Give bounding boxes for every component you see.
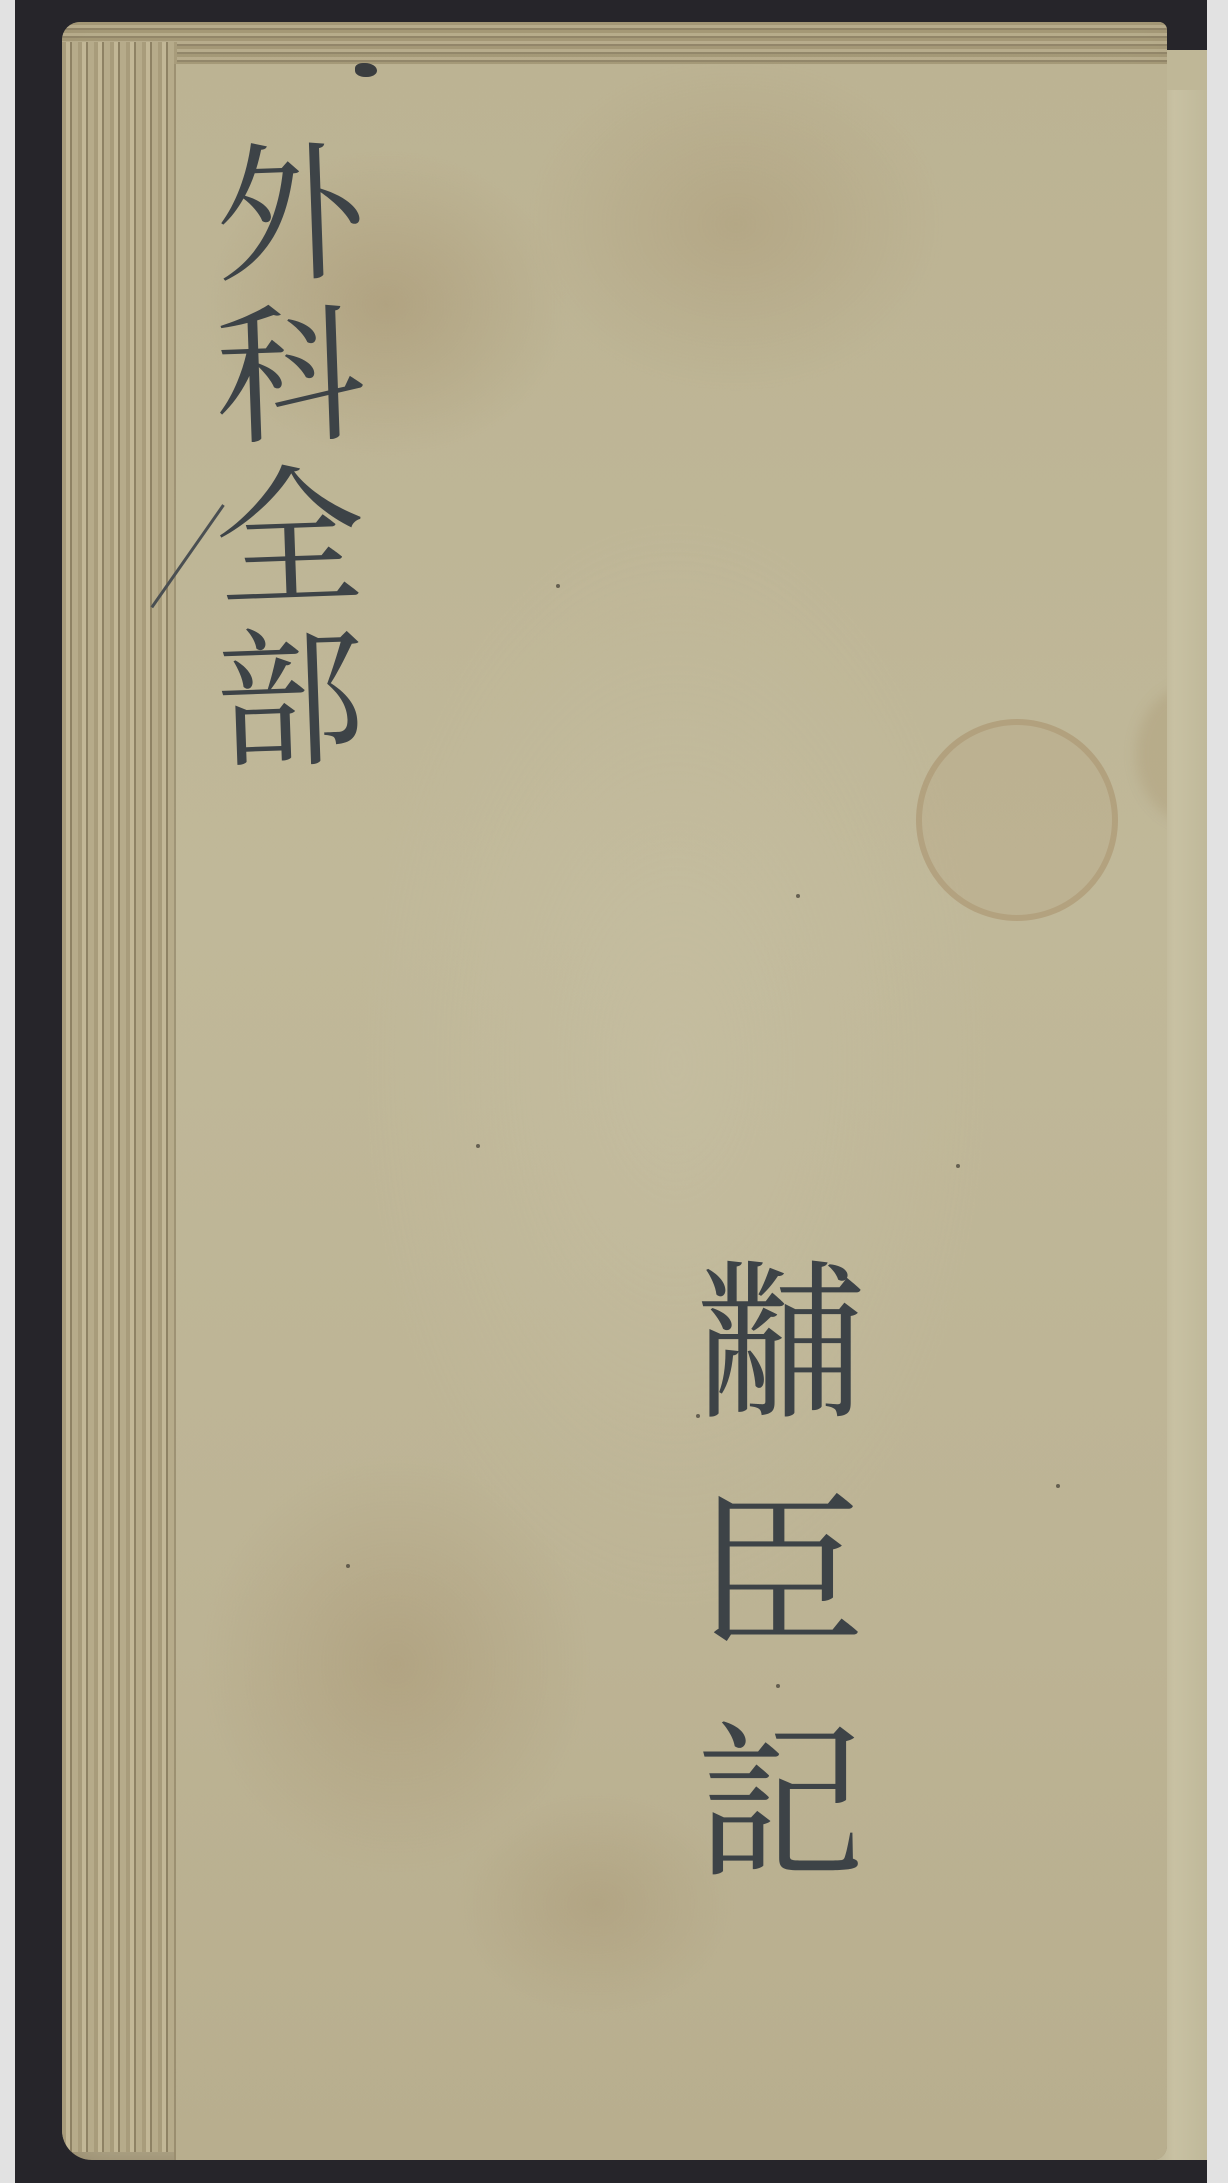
left-margin (0, 0, 15, 2183)
cover-title: 外 科 全 部 (185, 135, 395, 783)
signature-char: 記 (695, 1690, 865, 1920)
page-stack-edges (62, 42, 177, 2152)
ink-speck (476, 1144, 480, 1148)
ink-speck (796, 894, 800, 898)
title-char: 全 (212, 456, 368, 623)
title-char: 部 (212, 618, 368, 785)
ink-blot (355, 63, 377, 77)
ink-speck (956, 1164, 960, 1168)
ink-speck (346, 1564, 350, 1568)
water-stain-ring (916, 719, 1118, 921)
title-char: 科 (212, 294, 368, 461)
owner-signature: 黼 臣 記 (650, 1230, 910, 1920)
signature-char: 黼 (695, 1230, 865, 1460)
right-margin (1207, 0, 1228, 2183)
title-char: 外 (212, 132, 368, 299)
signature-char: 臣 (695, 1460, 865, 1690)
ink-speck (556, 584, 560, 588)
water-stain-blot (1136, 684, 1167, 824)
ink-speck (1056, 1484, 1060, 1488)
